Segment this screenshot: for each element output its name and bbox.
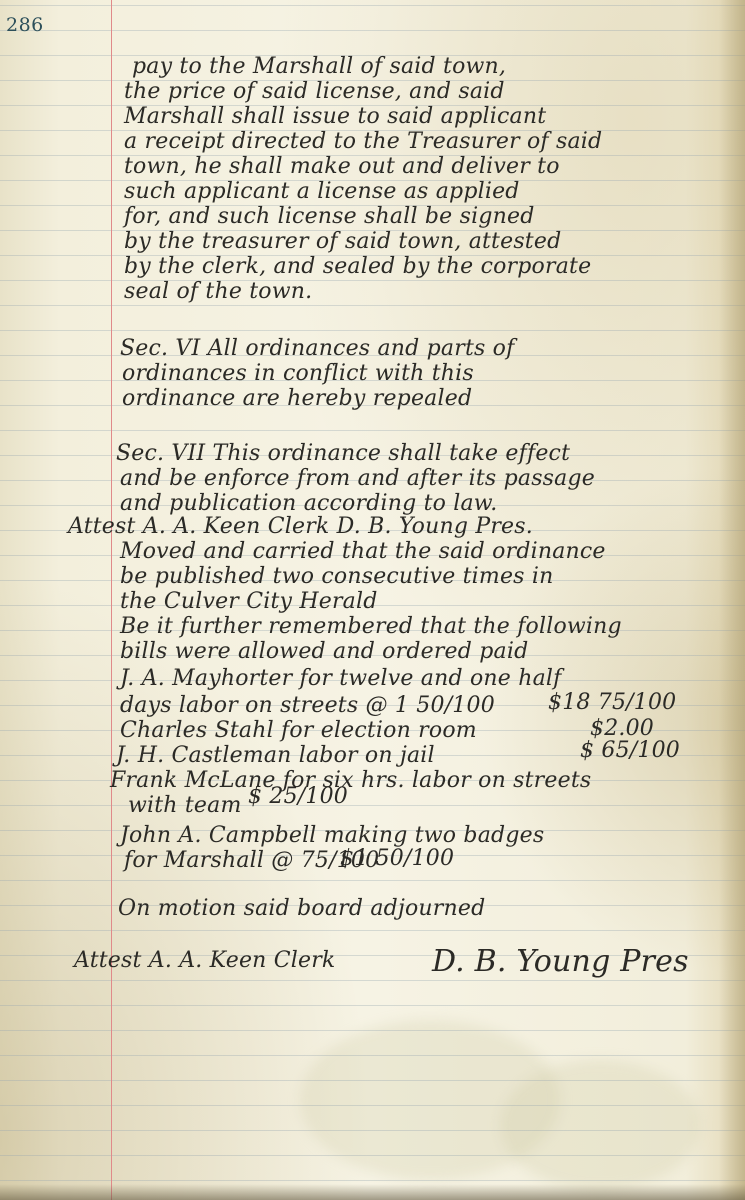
text-line: Marshall shall issue to said applicant (124, 104, 546, 129)
bill-line: with team (128, 793, 242, 818)
bill-line: Charles Stahl for election room (120, 718, 477, 743)
ledger-page: 286 pay to the Marshall of said town, th… (0, 0, 745, 1200)
text-line: Moved and carried that the said ordinanc… (120, 539, 606, 564)
bill-line: J. H. Castleman labor on jail (116, 743, 435, 768)
text-line: Be it further remembered that the follow… (120, 614, 622, 639)
adjourned-line: On motion said board adjourned (118, 896, 485, 921)
text-line: and be enforce from and after its passag… (120, 466, 595, 491)
bill-line: Frank McLane for six hrs. labor on stree… (110, 768, 591, 793)
margin-rule (111, 0, 112, 1200)
text-line: pay to the Marshall of said town, (132, 54, 506, 79)
page-edge-shade (719, 0, 745, 1200)
attest-line: Attest A. A. Keen Clerk (74, 948, 335, 973)
text-line: such applicant a license as applied (124, 179, 520, 204)
bill-line: John A. Campbell making two badges (120, 823, 544, 848)
page-number: 286 (6, 14, 44, 36)
text-line: a receipt directed to the Treasurer of s… (124, 129, 602, 154)
attest-line: Attest A. A. Keen Clerk D. B. Young Pres… (68, 514, 533, 539)
text-line: be published two consecutive times in (120, 564, 553, 589)
text-line: the price of said license, and said (124, 79, 505, 104)
bill-line: J. A. Mayhorter for twelve and one half (120, 666, 561, 691)
bill-amount: $ 25/100 (248, 784, 348, 809)
text-line: the Culver City Herald (120, 589, 378, 614)
text-line: and publication according to law. (120, 491, 497, 516)
bill-line: days labor on streets @ 1 50/100 (120, 693, 495, 718)
text-line: by the clerk, and sealed by the corporat… (124, 254, 591, 279)
bill-amount: $ 65/100 (580, 738, 680, 763)
text-line: seal of the town. (124, 279, 312, 304)
section-vi-line: Sec. VI All ordinances and parts of (120, 336, 514, 361)
text-line: bills were allowed and ordered paid (120, 639, 528, 664)
bill-amount: $1 50/100 (340, 846, 454, 871)
section-vii-line: Sec. VII This ordinance shall take effec… (116, 441, 570, 466)
text-line: by the treasurer of said town, attested (124, 229, 561, 254)
text-line: ordinances in conflict with this (122, 361, 474, 386)
bill-amount: $18 75/100 (548, 690, 676, 715)
page-bottom-shade (0, 1184, 745, 1200)
text-line: town, he shall make out and deliver to (124, 154, 560, 179)
text-line: ordinance are hereby repealed (122, 386, 472, 411)
text-line: for, and such license shall be signed (124, 204, 534, 229)
president-signature: D. B. Young Pres (432, 944, 689, 979)
